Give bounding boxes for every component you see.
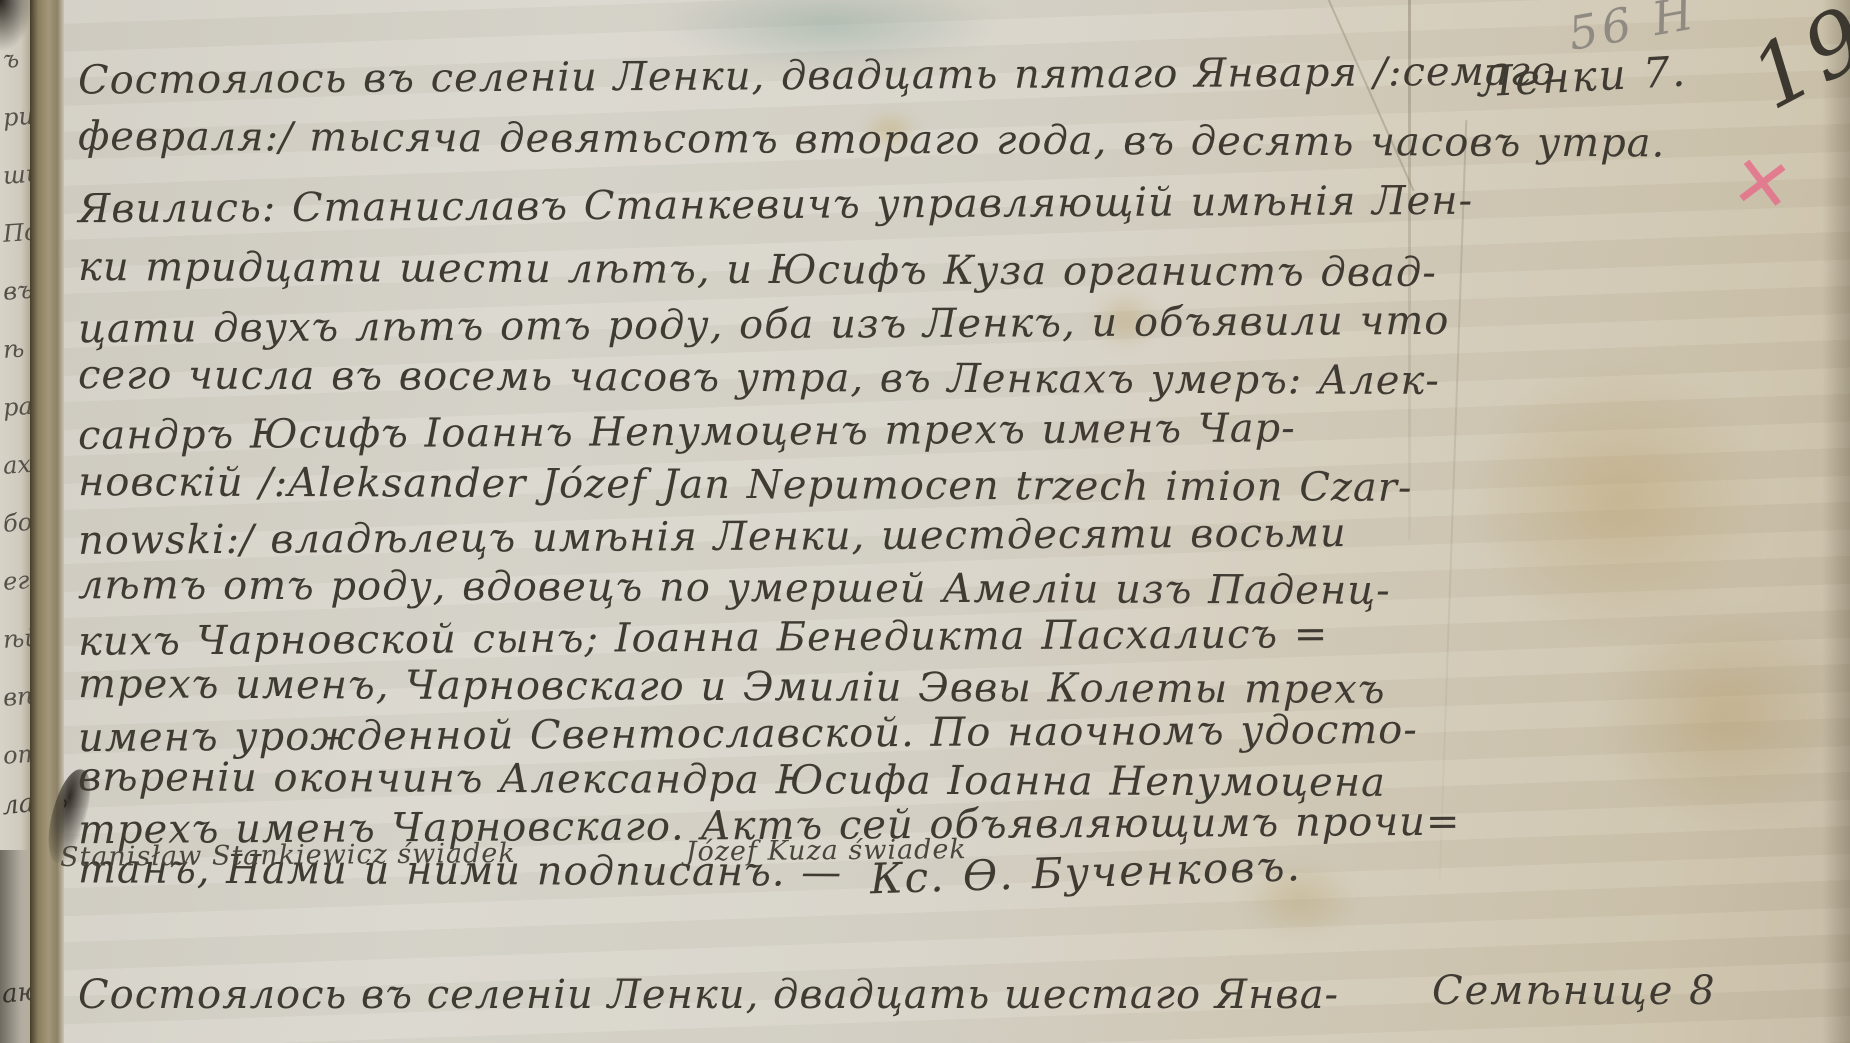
paper-stain [1470, 360, 1770, 640]
record-line: лѣтъ отъ роду, вдовецъ по умершей Амеліи… [78, 565, 1391, 611]
page-corner-shadow [0, 850, 30, 1043]
red-cross-mark: ✕ [1726, 138, 1797, 230]
margin-village-act-label: Семѣнице 8 [1432, 968, 1717, 1014]
paper-stain [1600, 600, 1850, 830]
record-line: новскій /:Aleksander Józef Jan Nepumocen… [78, 462, 1413, 508]
witness-signature: Józef Kuza świadek [686, 834, 967, 867]
witness-signature: Stanisław Stankiewicz świadek [60, 838, 516, 873]
record-line: цати двухъ лѣтъ отъ роду, оба изъ Ленкъ,… [78, 301, 1450, 349]
record-line: трехъ именъ, Чарновскаго и Эмиліи Эввы К… [78, 664, 1386, 710]
record-line: февраля:/ тысяча девятьсотъ втораго года… [78, 117, 1665, 164]
record-line: ки тридцати шести лѣтъ, и Юсифъ Куза орг… [78, 247, 1437, 293]
document-scan: ъ ри шь По въ ѣ ра ах бол его ѣй вѣ отъ … [0, 0, 1850, 1043]
record-line: Явились: Станиславъ Станкевичъ управляющ… [78, 181, 1473, 230]
record-line: кихъ Чарновской сынъ; Іоанна Бенедикта П… [78, 614, 1329, 662]
binding-fold [30, 0, 64, 1043]
page-corner-shadow [0, 0, 34, 52]
next-record-line: Состоялось въ селеніи Ленки, двадцать ше… [78, 972, 1339, 1018]
record-line: Состоялось въ селеніи Ленки, двадцать пя… [78, 51, 1556, 100]
crease-line [1439, 120, 1468, 880]
record-line: сего числа въ восемь часовъ утра, въ Лен… [78, 355, 1440, 401]
record-line: сандръ Юсифъ Іоаннъ Непумоценъ трехъ име… [78, 408, 1296, 455]
record-line: nowski:/ владѣлецъ имѣнія Ленки, шестдес… [78, 513, 1347, 561]
record-line: вѣреніи окончинъ Александра Юсифа Іоанна… [78, 757, 1386, 803]
record-line: именъ урожденной Свентославской. По наоч… [78, 710, 1418, 758]
page-right-edge-shadow [1822, 0, 1850, 1043]
